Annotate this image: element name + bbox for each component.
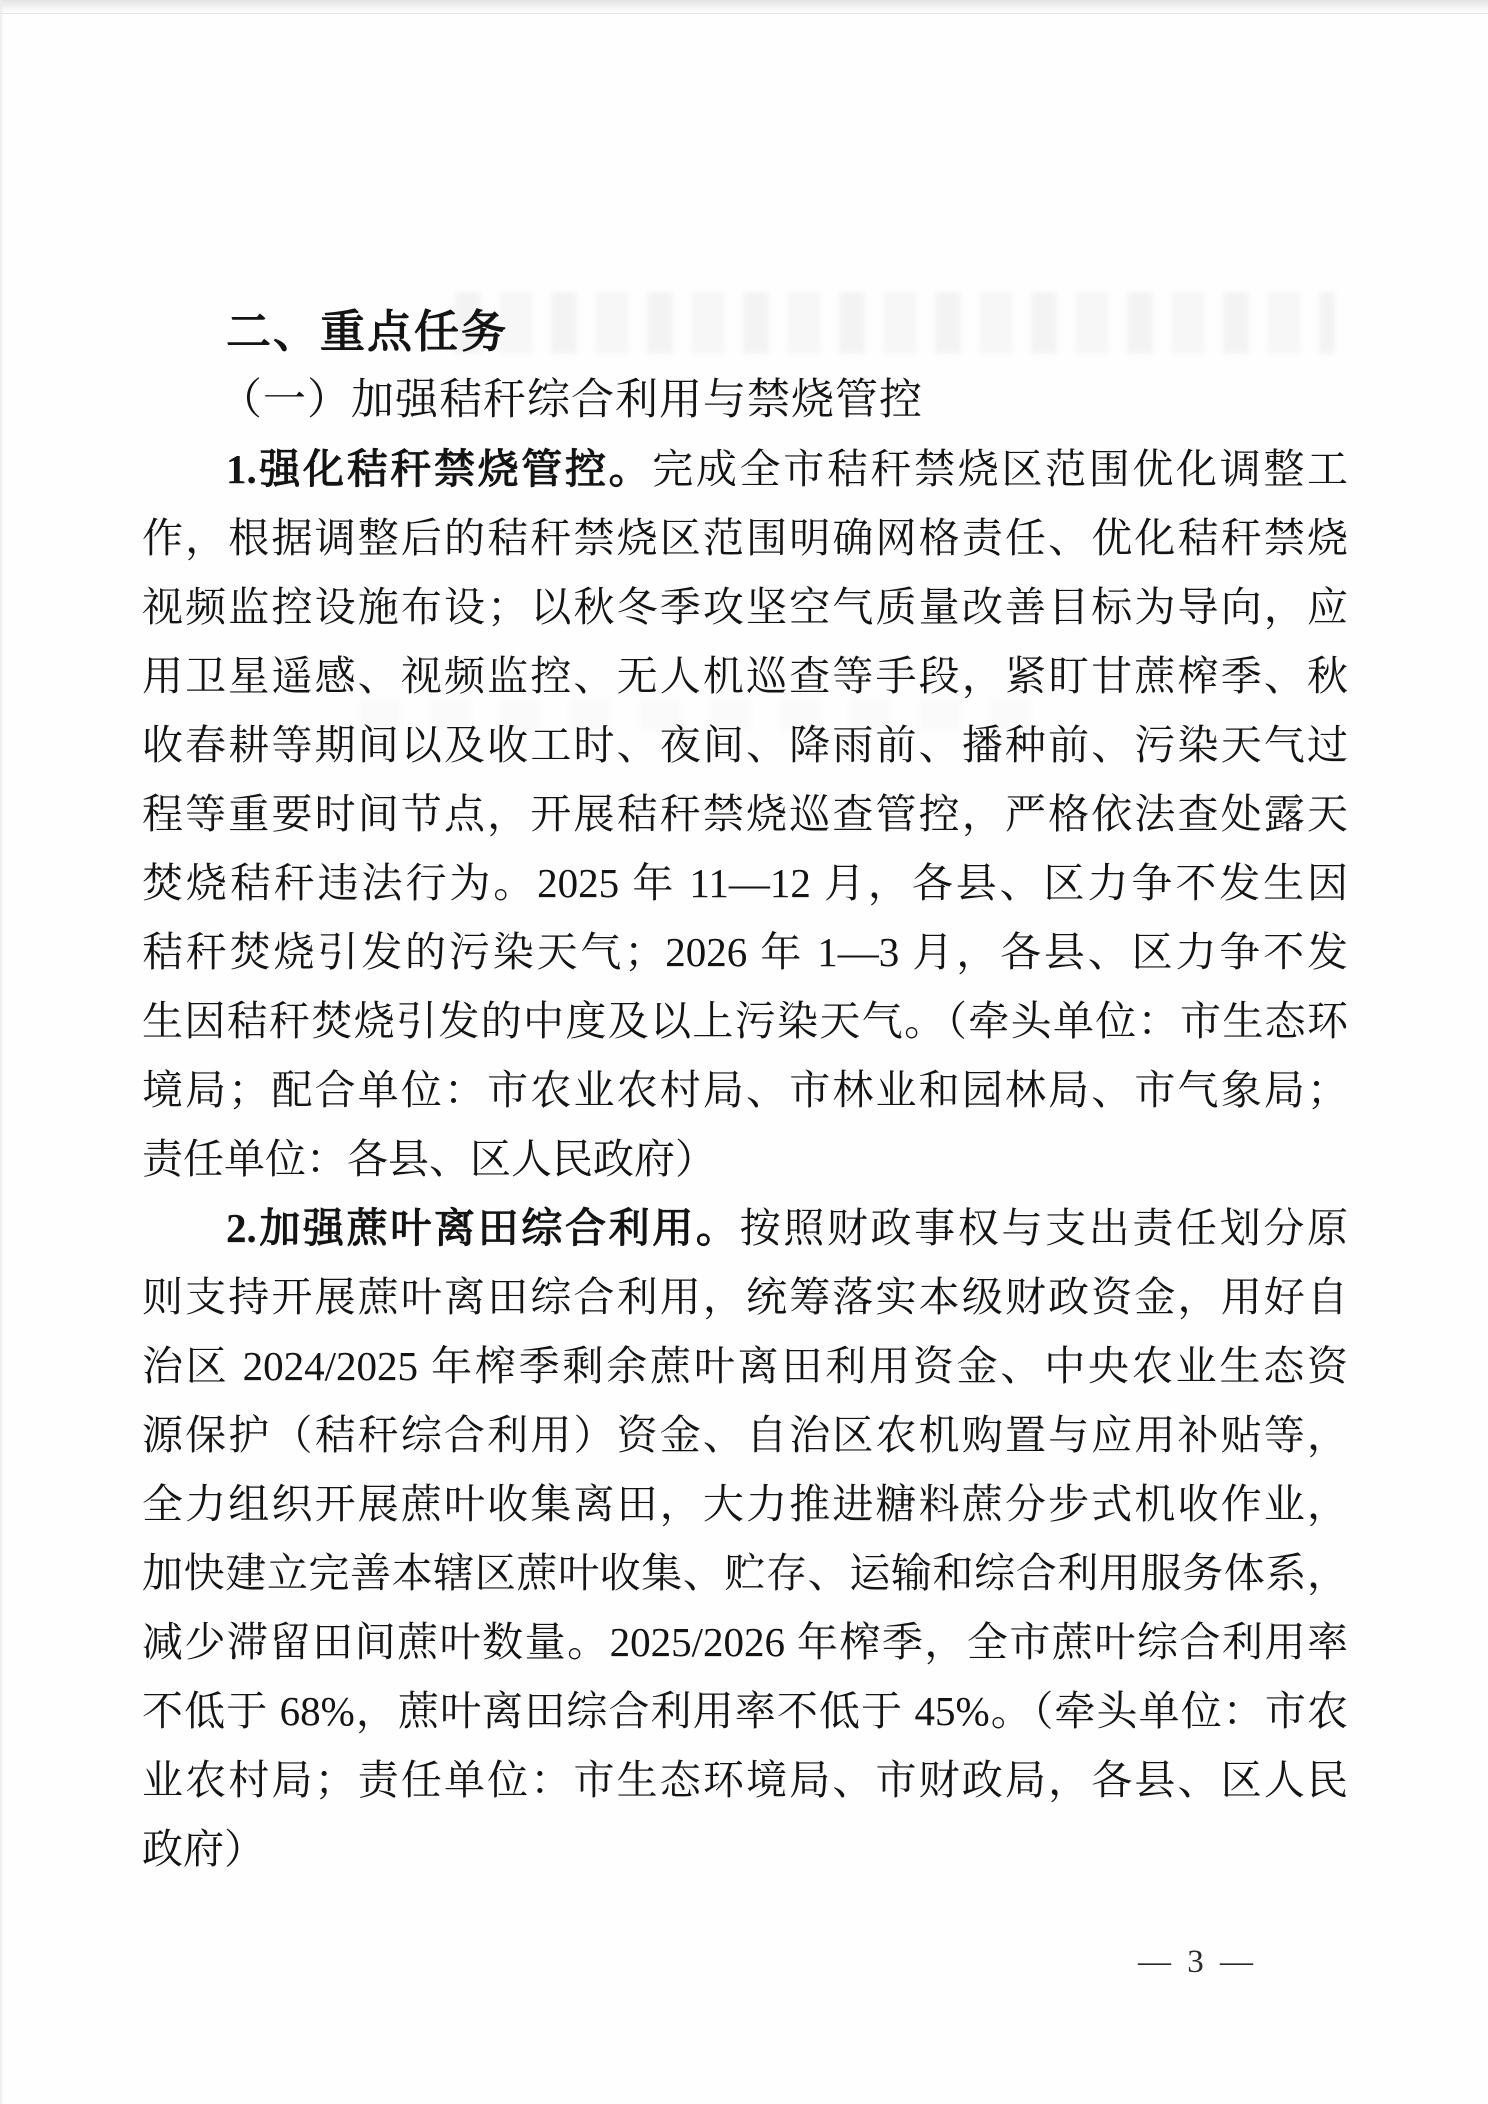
scan-edge-top-artifact <box>0 0 1488 14</box>
document-line: 加快建立完善本辖区蔗叶收集、贮存、运输和综合利用服务体系， <box>142 1539 1348 1608</box>
document-line: 源保护（秸秆综合利用）资金、自治区农机购置与应用补贴等， <box>142 1401 1348 1470</box>
document-line: 不低于 68%，蔗叶离田综合利用率不低于 45%。（牵头单位：市农 <box>142 1677 1348 1746</box>
document-line: 程等重要时间节点，开展秸秆禁烧巡查管控，严格依法查处露天 <box>142 780 1348 849</box>
document-line: 视频监控设施布设；以秋冬季攻坚空气质量改善目标为导向，应 <box>142 573 1348 642</box>
document-line: 生因秸秆焚烧引发的中度及以上污染天气。（牵头单位：市生态环 <box>142 987 1348 1056</box>
document-line: 境局；配合单位：市农业农村局、市林业和园林局、市气象局； <box>142 1056 1348 1125</box>
section-heading: 二、重点任务 <box>142 297 1348 366</box>
document-body: 二、重点任务 （一）加强秸秆综合利用与禁烧管控 1.强化秸秆禁烧管控。完成全市秸… <box>142 297 1348 1884</box>
line-text: 按照财政事权与支出责任划分原 <box>740 1205 1348 1251</box>
document-line: 则支持开展蔗叶离田综合利用，统筹落实本级财政资金，用好自 <box>142 1263 1348 1332</box>
document-line: 减少滞留田间蔗叶数量。2025/2026 年榨季，全市蔗叶综合利用率 <box>142 1608 1348 1677</box>
document-line: 收春耕等期间以及收工时、夜间、降雨前、播种前、污染天气过 <box>142 711 1348 780</box>
paragraph-2-lead: 2.加强蔗叶离田综合利用。 <box>226 1205 740 1251</box>
paragraph-1-lead: 1.强化秸秆禁烧管控。 <box>226 446 652 492</box>
document-line: 2.加强蔗叶离田综合利用。按照财政事权与支出责任划分原 <box>142 1194 1348 1263</box>
page-number: — 3 — <box>1138 1944 1298 1981</box>
document-line: 治区 2024/2025 年榨季剩余蔗叶离田利用资金、中央农业生态资 <box>142 1332 1348 1401</box>
document-line: 政府） <box>142 1815 1348 1884</box>
document-line: 作，根据调整后的秸秆禁烧区范围明确网格责任、优化秸秆禁烧 <box>142 504 1348 573</box>
subsection-heading: （一）加强秸秆综合利用与禁烧管控 <box>142 366 1348 435</box>
document-line: 秸秆焚烧引发的污染天气；2026 年 1—3 月，各县、区力争不发 <box>142 918 1348 987</box>
document-line: 焚烧秸秆违法行为。2025 年 11—12 月，各县、区力争不发生因 <box>142 849 1348 918</box>
line-text: 完成全市秸秆禁烧区范围优化调整工 <box>652 446 1348 492</box>
document-line: 责任单位：各县、区人民政府） <box>142 1125 1348 1194</box>
document-line: 1.强化秸秆禁烧管控。完成全市秸秆禁烧区范围优化调整工 <box>142 435 1348 504</box>
document-page: 二、重点任务 （一）加强秸秆综合利用与禁烧管控 1.强化秸秆禁烧管控。完成全市秸… <box>0 0 1488 2104</box>
document-line: 业农村局；责任单位：市生态环境局、市财政局，各县、区人民 <box>142 1746 1348 1815</box>
document-line: 全力组织开展蔗叶收集离田，大力推进糖料蔗分步式机收作业， <box>142 1470 1348 1539</box>
scan-edge-left-artifact <box>0 0 4 2104</box>
document-line: 用卫星遥感、视频监控、无人机巡查等手段，紧盯甘蔗榨季、秋 <box>142 642 1348 711</box>
